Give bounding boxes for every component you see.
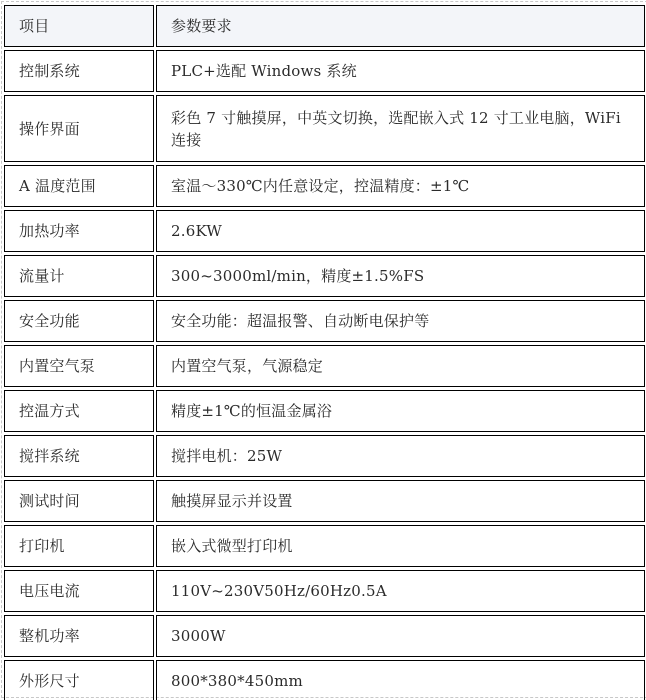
- requirement-value: 110V~230V50Hz/60Hz0.5A: [171, 580, 632, 602]
- item-label: 安全功能: [19, 310, 141, 332]
- item-label: 内置空气泵: [19, 355, 141, 377]
- table-row: 安全功能 安全功能：超温报警、自动断电保护等: [4, 300, 645, 342]
- requirement-cell: PLC+选配 Windows 系统: [156, 50, 645, 92]
- header-cell-item: 项目: [4, 5, 154, 47]
- requirement-cell: 内置空气泵，气源稳定: [156, 345, 645, 387]
- requirement-value: 室温～330℃内任意设定，控温精度：±1℃: [171, 175, 632, 197]
- requirement-cell: 800*380*450mm: [156, 660, 645, 700]
- item-label: A 温度范围: [19, 175, 141, 197]
- table-row: 控制系统 PLC+选配 Windows 系统: [4, 50, 645, 92]
- table-row: 操作界面 彩色 7 寸触摸屏，中英文切换，选配嵌入式 12 寸工业电脑，WiFi…: [4, 95, 645, 162]
- table-header-row: 项目 参数要求: [4, 5, 645, 47]
- table-row: A 温度范围 室温～330℃内任意设定，控温精度：±1℃: [4, 165, 645, 207]
- item-cell: 操作界面: [4, 95, 154, 162]
- requirement-cell: 嵌入式微型打印机: [156, 525, 645, 567]
- table-row: 流量计 300~3000ml/min，精度±1.5%FS: [4, 255, 645, 297]
- item-cell: 流量计: [4, 255, 154, 297]
- table-row: 外形尺寸 800*380*450mm: [4, 660, 645, 700]
- item-cell: 加热功率: [4, 210, 154, 252]
- table-row: 测试时间 触摸屏显示并设置: [4, 480, 645, 522]
- spec-table: 项目 参数要求 控制系统 PLC+选配 Windows 系统 操作界面 彩色 7…: [2, 2, 646, 700]
- table-row: 电压电流 110V~230V50Hz/60Hz0.5A: [4, 570, 645, 612]
- requirement-value: 搅拌电机：25W: [171, 445, 632, 467]
- requirement-cell: 室温～330℃内任意设定，控温精度：±1℃: [156, 165, 645, 207]
- table-row: 打印机 嵌入式微型打印机: [4, 525, 645, 567]
- item-cell: 测试时间: [4, 480, 154, 522]
- item-cell: 控温方式: [4, 390, 154, 432]
- item-label: 外形尺寸: [19, 670, 141, 692]
- item-cell: 外形尺寸: [4, 660, 154, 700]
- item-cell: 电压电流: [4, 570, 154, 612]
- table-row: 加热功率 2.6KW: [4, 210, 645, 252]
- item-label: 测试时间: [19, 490, 141, 512]
- requirement-value: 嵌入式微型打印机: [171, 535, 632, 557]
- item-cell: 打印机: [4, 525, 154, 567]
- requirement-value: PLC+选配 Windows 系统: [171, 60, 632, 82]
- requirement-value: 2.6KW: [171, 220, 632, 242]
- requirement-value: 安全功能：超温报警、自动断电保护等: [171, 310, 632, 332]
- header-requirement-label: 参数要求: [171, 15, 632, 37]
- item-label: 电压电流: [19, 580, 141, 602]
- item-label: 加热功率: [19, 220, 141, 242]
- item-label: 流量计: [19, 265, 141, 287]
- table-row: 搅拌系统 搅拌电机：25W: [4, 435, 645, 477]
- requirement-cell: 110V~230V50Hz/60Hz0.5A: [156, 570, 645, 612]
- item-label: 搅拌系统: [19, 445, 141, 467]
- requirement-cell: 彩色 7 寸触摸屏，中英文切换，选配嵌入式 12 寸工业电脑，WiFi 连接: [156, 95, 645, 162]
- requirement-value: 800*380*450mm: [171, 670, 632, 692]
- table-row: 控温方式 精度±1℃的恒温金属浴: [4, 390, 645, 432]
- requirement-cell: 2.6KW: [156, 210, 645, 252]
- table-row: 内置空气泵 内置空气泵，气源稳定: [4, 345, 645, 387]
- item-label: 操作界面: [19, 118, 141, 140]
- requirement-cell: 精度±1℃的恒温金属浴: [156, 390, 645, 432]
- requirement-cell: 搅拌电机：25W: [156, 435, 645, 477]
- requirement-cell: 安全功能：超温报警、自动断电保护等: [156, 300, 645, 342]
- item-cell: 内置空气泵: [4, 345, 154, 387]
- item-label: 打印机: [19, 535, 141, 557]
- requirement-cell: 触摸屏显示并设置: [156, 480, 645, 522]
- requirement-value: 3000W: [171, 625, 632, 647]
- item-label: 控温方式: [19, 400, 141, 422]
- item-cell: 安全功能: [4, 300, 154, 342]
- requirement-value: 彩色 7 寸触摸屏，中英文切换，选配嵌入式 12 寸工业电脑，WiFi 连接: [171, 107, 632, 151]
- requirement-cell: 300~3000ml/min，精度±1.5%FS: [156, 255, 645, 297]
- item-cell: 控制系统: [4, 50, 154, 92]
- requirement-cell: 3000W: [156, 615, 645, 657]
- requirement-value: 精度±1℃的恒温金属浴: [171, 400, 632, 422]
- table-row: 整机功率 3000W: [4, 615, 645, 657]
- header-item-label: 项目: [19, 15, 141, 37]
- item-label: 整机功率: [19, 625, 141, 647]
- item-cell: 整机功率: [4, 615, 154, 657]
- header-cell-requirement: 参数要求: [156, 5, 645, 47]
- item-cell: A 温度范围: [4, 165, 154, 207]
- item-cell: 搅拌系统: [4, 435, 154, 477]
- requirement-value: 内置空气泵，气源稳定: [171, 355, 632, 377]
- item-label: 控制系统: [19, 60, 141, 82]
- requirement-value: 300~3000ml/min，精度±1.5%FS: [171, 265, 632, 287]
- requirement-value: 触摸屏显示并设置: [171, 490, 632, 512]
